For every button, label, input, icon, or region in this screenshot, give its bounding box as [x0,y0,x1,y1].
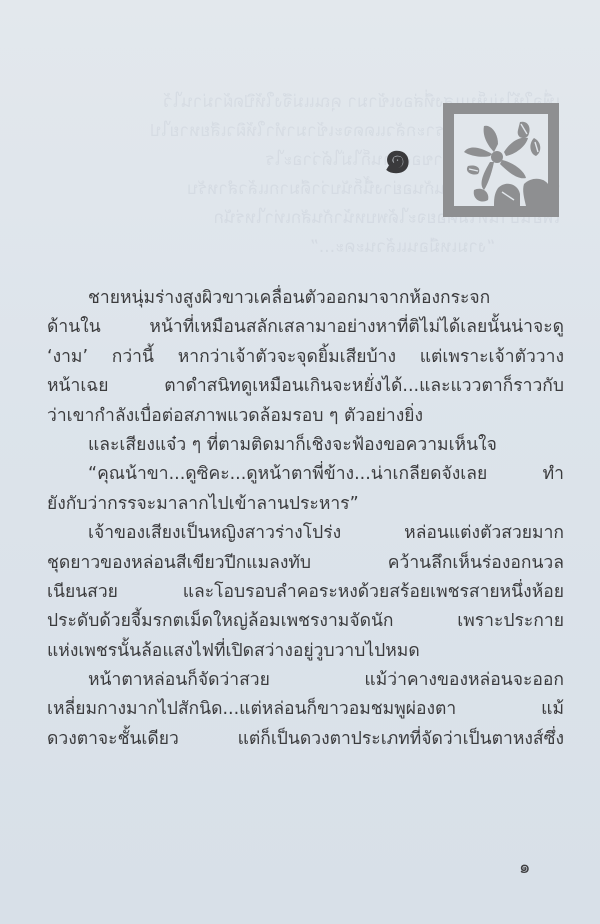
text-line: ชุดยาวของหล่อนสีเขียวปีกแมลงทับ คว้านลึก… [47,549,564,578]
text-line: ‘งาม’ กว่านี้ หากว่าเจ้าตัวจะจุดยิ้มเสีย… [47,343,564,372]
page-number: ๑ [519,852,530,881]
text-line: เจ้าของเสียงเป็นหญิงสาวร่างโปร่ง หล่อนแต… [47,519,564,548]
text-line: เนียนสวย และโอบรอบลำคอระหงด้วยสร้อยเพชรส… [47,578,564,607]
chapter-ornament [443,103,559,217]
chapter-number: ๑ [383,128,412,184]
text-line: ชายหนุ่มร่างสูงผิวขาวเคลื่อนตัวออกมาจากห… [47,284,564,313]
book-page: เพื่อให้ไม่เห็นแสงที่ส่องเข้ามา คุณแม่จึ… [0,0,600,924]
chapter-body-text: ชายหนุ่มร่างสูงผิวขาวเคลื่อนตัวออกมาจากห… [47,284,564,754]
text-line: หน้าเฉย ตาดำสนิทดูเหมือนเกินจะหยั่งได้..… [47,372,564,401]
flower-ornament-icon [454,114,548,206]
text-line: ด้านใน หน้าที่เหมือนสลักเสลามาอย่างหาที่… [47,313,564,342]
text-line: “คุณน้าขา...ดูซิคะ...ดูหน้าตาพี่ข้าง...น… [47,460,564,489]
text-line: ยังกับว่ากรรจะมาลากไปเข้าลานประหาร” [47,490,564,519]
text-line: ว่าเขากำลังเบื่อต่อสภาพแวดล้อมรอบ ๆ ตัวอ… [47,402,564,431]
text-line: เหลี่ยมกางมากไปสักนิด...แต่หล่อนก็ขาวอมช… [47,695,564,724]
text-line: แห่งเพชรนั้นล้อแสงไฟที่เปิดสว่างอยู่วูบว… [47,637,564,666]
text-line: หน้าตาหล่อนก็จัดว่าสวย แม้ว่าคางของหล่อน… [47,666,564,695]
text-line: ประดับด้วยจี้มรกตเม็ดใหญ่ล้อมเพชรงามจัดน… [47,607,564,636]
text-line: ดวงตาจะชั้นเดียว แต่ก็เป็นดวงตาประเภทที่… [47,725,564,754]
text-line: และเสียงแจ๋ว ๆ ที่ตามติดมาก็เชิงจะฟ้องขอ… [47,431,564,460]
